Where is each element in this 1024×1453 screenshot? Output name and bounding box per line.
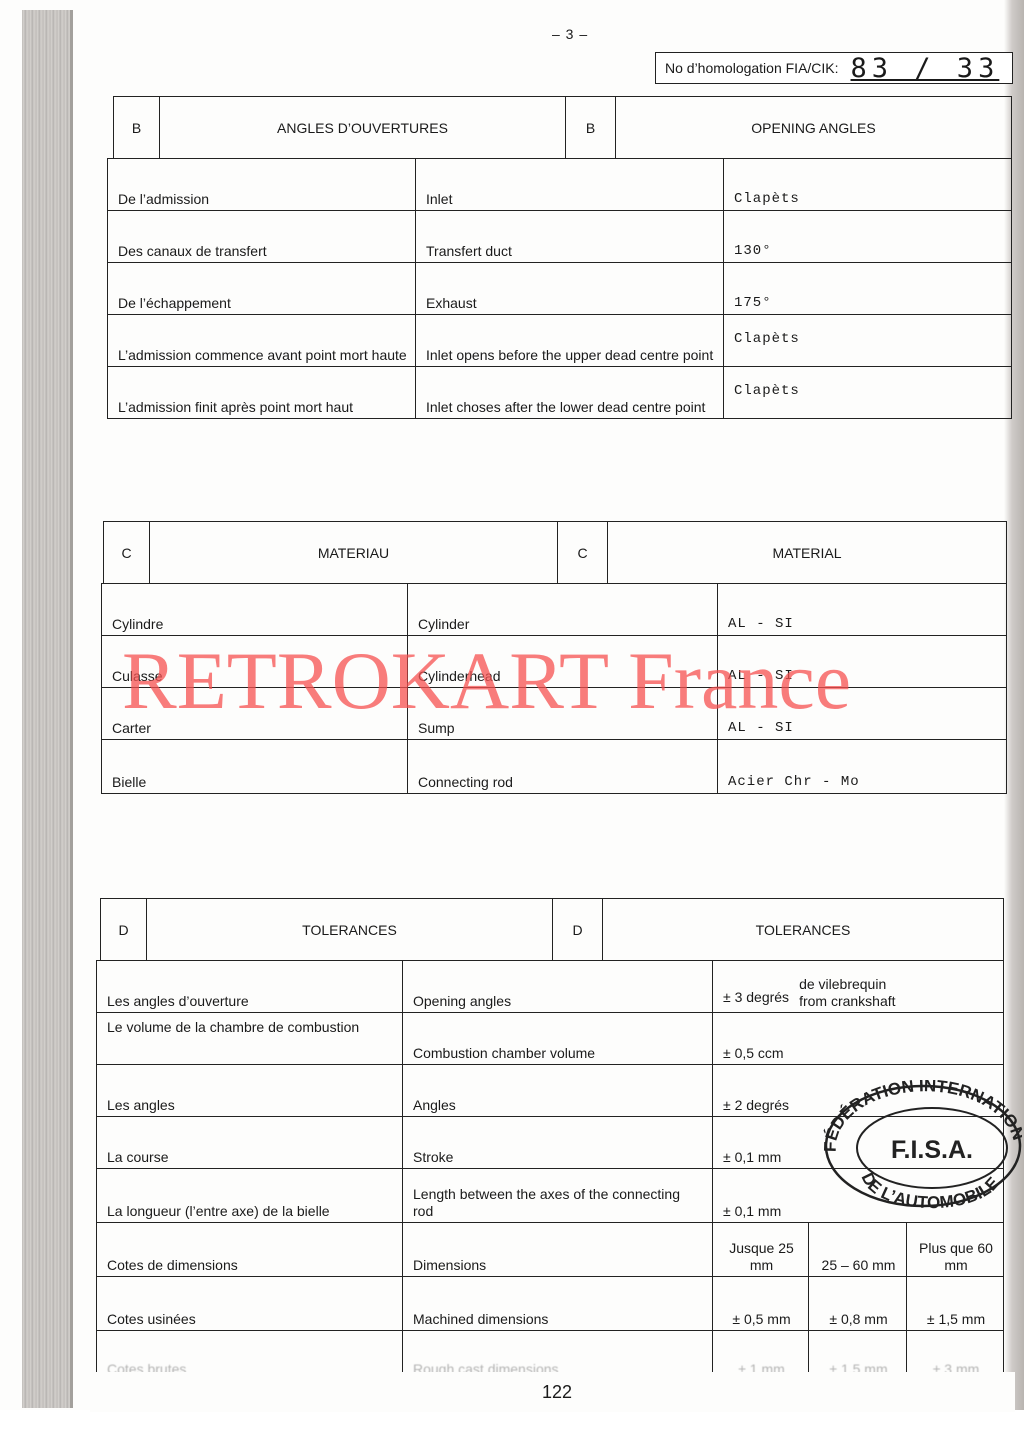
- table-row: L’admission commence avant point mort ha…: [108, 315, 1012, 367]
- table-row: Le volume de la chambre de combustion Co…: [97, 1013, 1004, 1065]
- value-cell: 175°: [724, 263, 1012, 315]
- label-fr: De l’échappement: [108, 263, 416, 315]
- label-fr: La course: [97, 1117, 403, 1169]
- label-fr: Culasse: [102, 636, 408, 688]
- opening-angles-table: De l’admission Inlet Clapèts Des canaux …: [107, 158, 1012, 419]
- table-row: Cylindre Cylinder AL - SI: [102, 584, 1007, 636]
- label-fr: Les angles: [97, 1065, 403, 1117]
- label-en: Transfert duct: [416, 211, 724, 263]
- label-en: Dimensions: [403, 1223, 713, 1277]
- label-en: Inlet opens before the upper dead centre…: [416, 315, 724, 367]
- label-fr: De l’admission: [108, 159, 416, 211]
- value-cell: ± 3 degrés de vilebrequin from crankshaf…: [713, 961, 1004, 1013]
- tolerance-cell: ± 1,5 mm: [907, 1277, 1004, 1331]
- label-en: Inlet: [416, 159, 724, 211]
- label-en: Opening angles: [403, 961, 713, 1013]
- section-c-material: C MATERIAU C MATERIAL Cylindre Cylinder …: [101, 521, 1007, 794]
- section-letter: D: [553, 899, 603, 960]
- value-cell: 130°: [724, 211, 1012, 263]
- label-en: Cylinderhead: [408, 636, 718, 688]
- section-letter: D: [101, 899, 147, 960]
- table-row: De l’admission Inlet Clapèts: [108, 159, 1012, 211]
- label-en: Combustion chamber volume: [403, 1013, 713, 1065]
- section-header: C MATERIAU C MATERIAL: [103, 521, 1007, 583]
- value-cell: AL - SI: [718, 584, 1007, 636]
- table-row: L’admission finit après point mort haut …: [108, 367, 1012, 419]
- section-title-en: OPENING ANGLES: [616, 97, 1011, 158]
- table-row: Cotes usinées Machined dimensions ± 0,5 …: [97, 1277, 1004, 1331]
- label-fr: Des canaux de transfert: [108, 211, 416, 263]
- value-cell: Clapèts: [724, 315, 1012, 367]
- label-en: Cylinder: [408, 584, 718, 636]
- value-cell: ± 0,5 ccm: [713, 1013, 1004, 1065]
- homologation-label: No d’homologation FIA/CIK:: [665, 60, 839, 76]
- label-en: Length between the axes of the connectin…: [403, 1169, 713, 1223]
- label-fr: Le volume de la chambre de combustion: [97, 1013, 403, 1065]
- range-header: Jusque 25 mm: [713, 1223, 809, 1277]
- table-row: Bielle Connecting rod Acier Chr - Mo: [102, 740, 1007, 794]
- section-title-en: TOLERANCES: [603, 899, 1003, 960]
- value-cell: Clapèts: [724, 367, 1012, 419]
- tolerance-value: ± 3 degrés: [723, 989, 789, 1010]
- section-title-fr: MATERIAU: [150, 522, 558, 583]
- label-fr: Cotes de dimensions: [97, 1223, 403, 1277]
- label-fr: Bielle: [102, 740, 408, 794]
- fisa-stamp: FÉDÉRATION INTERNATIONALE DE L’AUTOMOBIL…: [822, 1080, 1022, 1210]
- tolerance-note: de vilebrequin from crankshaft: [799, 976, 895, 1010]
- section-letter: B: [566, 97, 616, 158]
- value-cell: Clapèts: [724, 159, 1012, 211]
- value-cell: Acier Chr - Mo: [718, 740, 1007, 794]
- homologation-box: No d’homologation FIA/CIK: 83 / 33: [655, 52, 1013, 84]
- label-fr: Cotes usinées: [97, 1277, 403, 1331]
- section-title-fr: TOLERANCES: [147, 899, 553, 960]
- page-number-bottom: 122: [542, 1382, 572, 1403]
- table-row: De l’échappement Exhaust 175°: [108, 263, 1012, 315]
- note-fr: de vilebrequin: [799, 976, 886, 992]
- label-en: Inlet choses after the lower dead centre…: [416, 367, 724, 419]
- label-fr: Carter: [102, 688, 408, 740]
- section-letter: B: [114, 97, 160, 158]
- range-header: 25 – 60 mm: [809, 1223, 907, 1277]
- range-header: Plus que 60 mm: [907, 1223, 1004, 1277]
- label-en: Exhaust: [416, 263, 724, 315]
- table-row: Culasse Cylinderhead AL - SI: [102, 636, 1007, 688]
- note-en: from crankshaft: [799, 993, 895, 1009]
- label-en: Sump: [408, 688, 718, 740]
- tolerance-cell: ± 0,5 mm: [713, 1277, 809, 1331]
- binding-edge-shadow: [22, 10, 72, 1408]
- tolerance-cell: ± 0,8 mm: [809, 1277, 907, 1331]
- table-row: Cotes de dimensions Dimensions Jusque 25…: [97, 1223, 1004, 1277]
- section-b-opening-angles: B ANGLES D’OUVERTURES B OPENING ANGLES D…: [107, 96, 1012, 419]
- section-title-fr: ANGLES D’OUVERTURES: [160, 97, 566, 158]
- section-header: B ANGLES D’OUVERTURES B OPENING ANGLES: [113, 96, 1012, 158]
- table-row: Des canaux de transfert Transfert duct 1…: [108, 211, 1012, 263]
- section-header: D TOLERANCES D TOLERANCES: [100, 898, 1004, 960]
- homologation-number: 83 / 33: [851, 55, 1000, 82]
- label-en: Angles: [403, 1065, 713, 1117]
- section-title-en: MATERIAL: [608, 522, 1006, 583]
- label-en: Stroke: [403, 1117, 713, 1169]
- label-fr: L’admission commence avant point mort ha…: [108, 315, 416, 367]
- section-letter: C: [558, 522, 608, 583]
- label-en: Machined dimensions: [403, 1277, 713, 1331]
- table-row: Carter Sump AL - SI: [102, 688, 1007, 740]
- label-fr: La longueur (l’entre axe) de la bielle: [97, 1169, 403, 1223]
- label-en: Connecting rod: [408, 740, 718, 794]
- label-fr: Cylindre: [102, 584, 408, 636]
- material-table: Cylindre Cylinder AL - SI Culasse Cylind…: [101, 583, 1007, 794]
- value-cell: AL - SI: [718, 636, 1007, 688]
- stamp-center-text: F.I.S.A.: [891, 1136, 973, 1164]
- label-fr: Les angles d’ouverture: [97, 961, 403, 1013]
- section-letter: C: [104, 522, 150, 583]
- label-fr: L’admission finit après point mort haut: [108, 367, 416, 419]
- page-number-top: – 3 –: [552, 26, 588, 42]
- value-cell: AL - SI: [718, 688, 1007, 740]
- table-row: Les angles d’ouverture Opening angles ± …: [97, 961, 1004, 1013]
